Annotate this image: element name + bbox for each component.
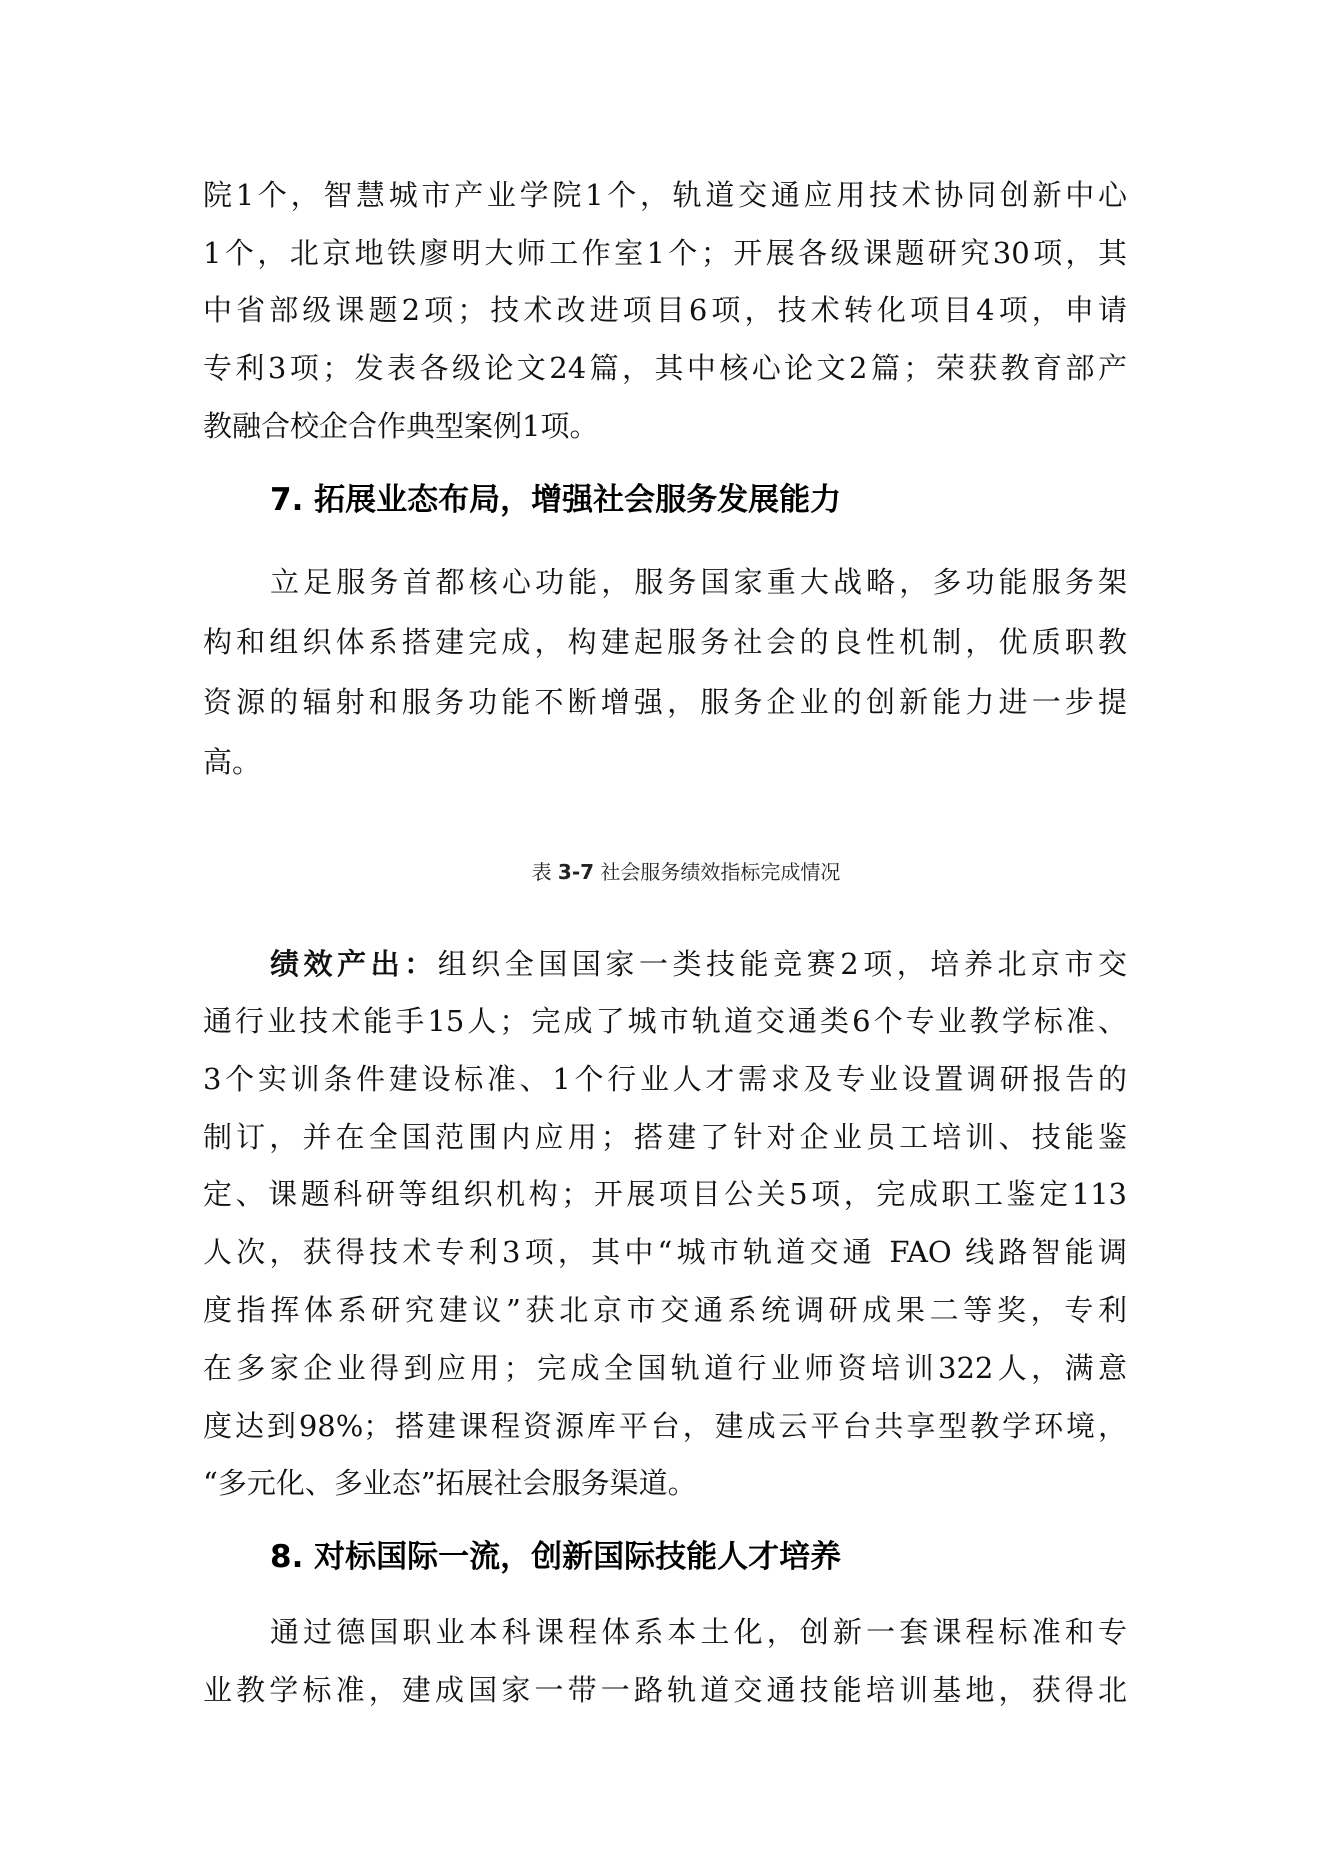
section-heading-7: 7. 拓展业态布局，增强社会服务发展能力 — [270, 478, 841, 522]
body-text-line: 度指挥体系研究建议”获北京市交通系统调研成果二等奖，专利 — [203, 1290, 1127, 1330]
body-text-line: 专利3项；发表各级论文24篇，其中核心论文2篇；荣获教育部产 — [203, 348, 1127, 388]
performance-first-line-text: 组织全国国家一类技能竞赛2项，培养北京市交 — [438, 947, 1127, 981]
table-caption-number: 3-7 — [558, 860, 594, 884]
body-text-line: 3个实训条件建设标准、1个行业人才需求及专业设置调研报告的 — [203, 1059, 1127, 1099]
body-text-line: 业教学标准，建成国家一带一路轨道交通技能培训基地，获得北 — [203, 1670, 1127, 1710]
document-page: 院1个，智慧城市产业学院1个，轨道交通应用技术协同创新中心 1个，北京地铁廖明大… — [0, 0, 1323, 1871]
table-caption: 表 3-7 社会服务绩效指标完成情况 — [0, 855, 1323, 889]
body-text-line: 在多家企业得到应用；完成全国轨道行业师资培训322人，满意 — [203, 1348, 1127, 1388]
body-text-line: “多元化、多业态”拓展社会服务渠道。 — [203, 1463, 1127, 1503]
table-caption-title: 社会服务绩效指标完成情况 — [594, 860, 840, 884]
section-heading-8: 8. 对标国际一流，创新国际技能人才培养 — [270, 1535, 841, 1579]
table-caption-prefix: 表 — [532, 860, 558, 884]
body-text-line: 人次，获得技术专利3项，其中“城市轨道交通 FAO 线路智能调 — [203, 1232, 1127, 1272]
body-text-line: 1个，北京地铁廖明大师工作室1个；开展各级课题研究30项，其 — [203, 233, 1127, 273]
performance-lead-label: 绩效产出： — [270, 947, 438, 981]
body-text-line: 院1个，智慧城市产业学院1个，轨道交通应用技术协同创新中心 — [203, 175, 1127, 215]
body-text-line: 度达到98%；搭建课程资源库平台，建成云平台共享型教学环境， — [203, 1406, 1127, 1446]
body-text-line: 资源的辐射和服务功能不断增强，服务企业的创新能力进一步提 — [203, 682, 1127, 722]
body-text-line: 制订，并在全国范围内应用；搭建了针对企业员工培训、技能鉴 — [203, 1117, 1127, 1157]
body-text-line: 中省部级课题2项；技术改进项目6项，技术转化项目4项，申请 — [203, 290, 1127, 330]
body-text-line: 构和组织体系搭建完成，构建起服务社会的良性机制，优质职教 — [203, 622, 1127, 662]
body-text-line: 通行业技术能手15人；完成了城市轨道交通类6个专业教学标准、 — [203, 1001, 1127, 1041]
performance-first-line: 绩效产出：组织全国国家一类技能竞赛2项，培养北京市交 — [270, 944, 1127, 984]
body-text-line: 通过德国职业本科课程体系本土化，创新一套课程标准和专 — [270, 1612, 1127, 1652]
body-text-line: 定、课题科研等组织机构；开展项目公关5项，完成职工鉴定113 — [203, 1174, 1127, 1214]
body-text-line: 教融合校企合作典型案例1项。 — [203, 406, 1127, 446]
body-text-line: 立足服务首都核心功能，服务国家重大战略，多功能服务架 — [270, 562, 1127, 602]
body-text-line: 高。 — [203, 742, 1127, 782]
